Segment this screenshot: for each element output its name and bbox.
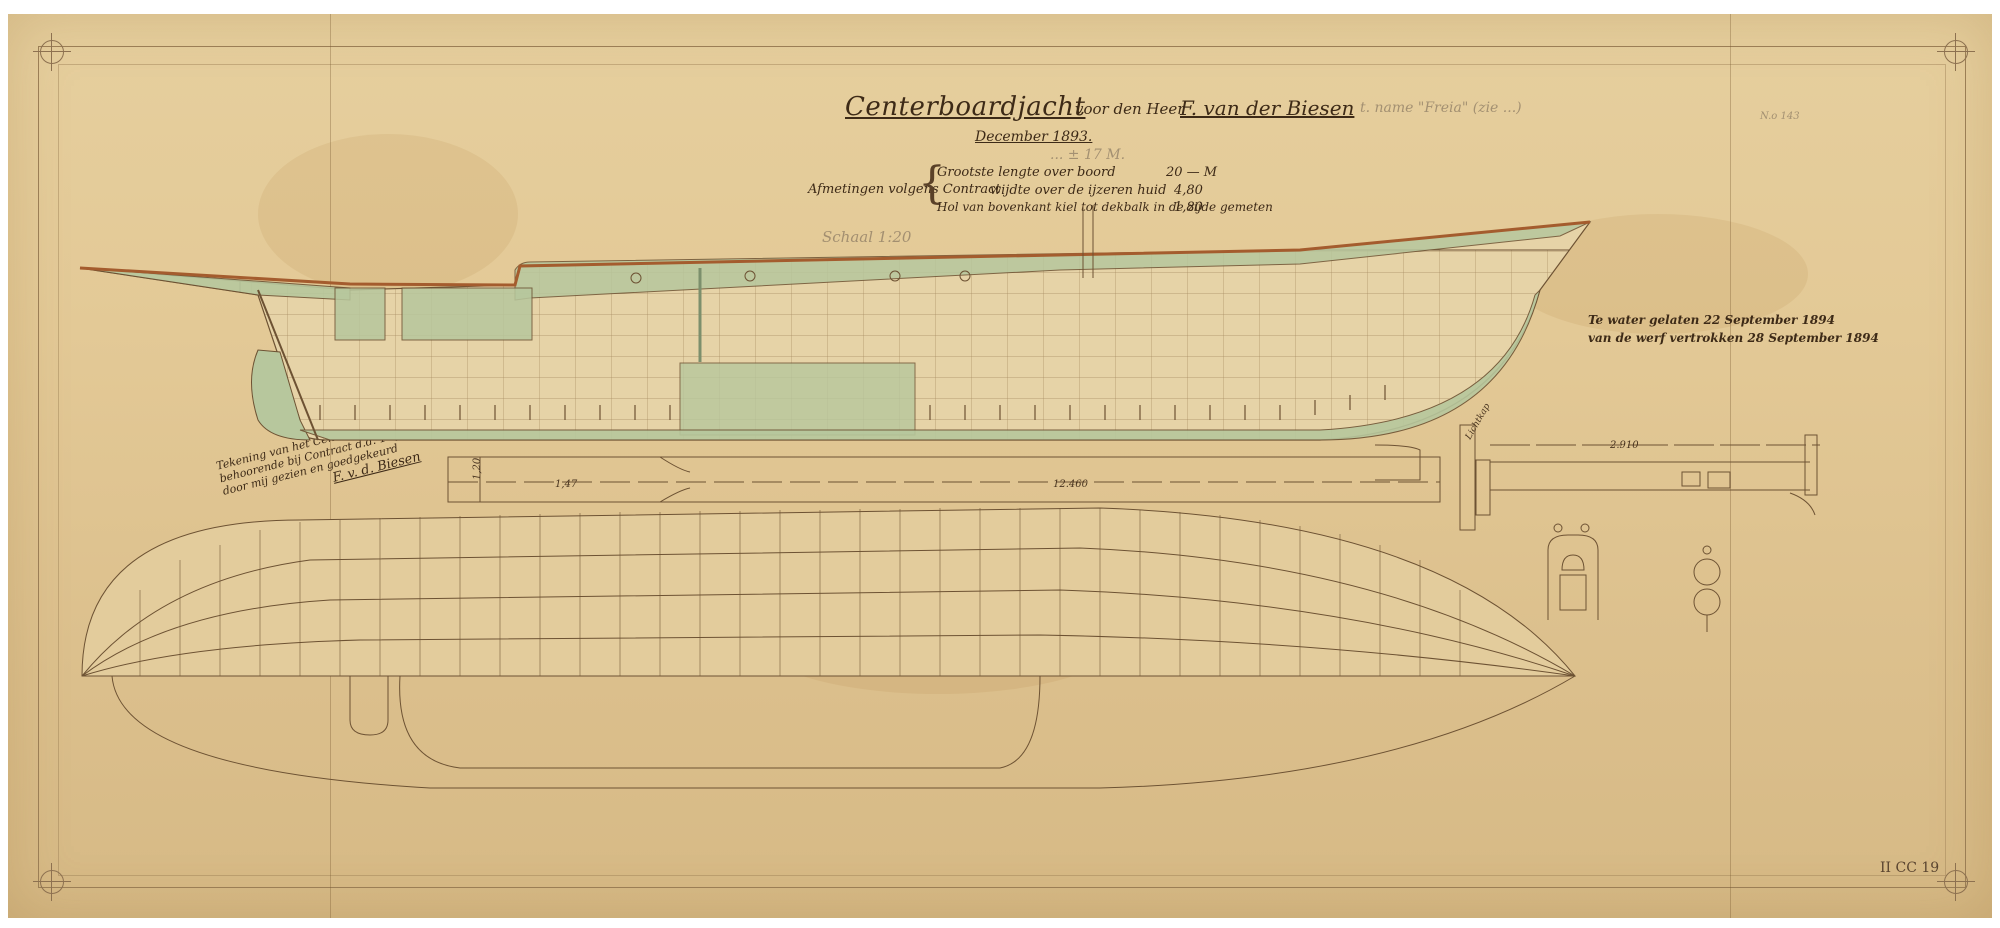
rudder-detail: [1375, 425, 1820, 530]
technical-drawing: 1,20 1,47 12.460 2.910 Lichtkap: [0, 0, 2000, 928]
centerboard-trunk: [448, 457, 1440, 502]
centerboard-height-label: 1,20: [472, 457, 483, 480]
hatch-fitting: [1548, 524, 1598, 620]
half-breadth-plan: [82, 508, 1575, 788]
sheer-plan: [80, 205, 1620, 450]
centerboard-length-label: 12.460: [1053, 479, 1089, 490]
block-fitting: [1694, 546, 1720, 632]
centerboard-offset-label: 1,47: [555, 479, 578, 490]
rudder-dim-label: 2.910: [1609, 440, 1639, 451]
rudder-label: Lichtkap: [1463, 402, 1492, 443]
